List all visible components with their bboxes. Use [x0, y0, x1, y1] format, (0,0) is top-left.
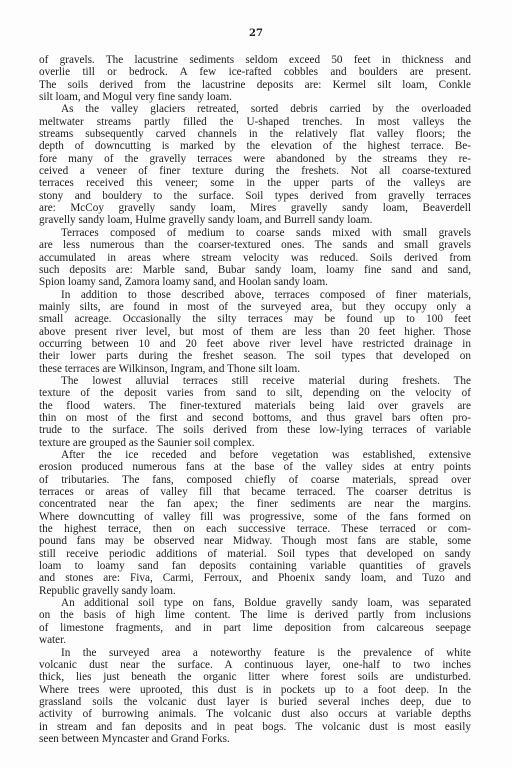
text-line: their lower parts during the freshet sea… — [39, 350, 471, 362]
text-line: erosion produced numerous fans at the ba… — [39, 461, 471, 473]
text-line: gravelly sandy loam, Hulme gravelly sand… — [39, 214, 471, 226]
paragraph: In the surveyed area a noteworthy featur… — [39, 647, 471, 746]
document-page: 27 of gravels. The lacustrine sediments … — [0, 0, 512, 768]
body-text: of gravels. The lacustrine sediments sel… — [39, 54, 471, 745]
text-line: loam to loamy sand fan deposits containi… — [39, 560, 471, 572]
text-line: activity of burrowing animals. The volca… — [39, 708, 471, 720]
text-line: fore many of the gravelly terraces were … — [39, 153, 471, 165]
paragraph: An additional soil type on fans, Boldue … — [39, 597, 471, 646]
text-line: of tributaries. The fans, composed chief… — [39, 474, 471, 486]
paragraph: The lowest alluvial terraces still recei… — [39, 375, 471, 449]
text-line: are less numerous than the coarser-textu… — [39, 239, 471, 251]
text-line: in stream and fan deposits and in peat b… — [39, 721, 471, 733]
text-line: Where downcutting of valley fill was pro… — [39, 511, 471, 523]
text-line: depth of downcutting is marked by the el… — [39, 140, 471, 152]
text-line: texture are grouped as the Saunier soil … — [39, 437, 471, 449]
text-line: and stones are: Fiva, Carmi, Ferroux, an… — [39, 572, 471, 584]
text-line: grassland soils the volcanic dust layer … — [39, 696, 471, 708]
text-line: of gravels. The lacustrine sediments sel… — [39, 54, 471, 66]
text-line: texture of the deposit varies from sand … — [39, 387, 471, 399]
text-line: terraces received this veneer; some in t… — [39, 177, 471, 189]
paragraph: As the valley glaciers retreated, sorted… — [39, 103, 471, 226]
text-line: The lowest alluvial terraces still recei… — [39, 375, 471, 387]
text-line: accumulated in areas where stream veloci… — [39, 252, 471, 264]
text-line: stony and bouldery to the surface. Soil … — [39, 190, 471, 202]
paragraph: In addition to those described above, te… — [39, 289, 471, 375]
text-line: Republic gravelly sandy loam. — [39, 585, 471, 597]
text-line: on the basis of high lime content. The l… — [39, 609, 471, 621]
text-line: these terraces are Wilkinson, Ingram, an… — [39, 363, 471, 375]
text-line: overlie till or bedrock. A few ice-rafte… — [39, 66, 471, 78]
text-line: are: McCoy gravelly sandy loam, Mires gr… — [39, 202, 471, 214]
text-line: thick, lies just beneath the organic lit… — [39, 671, 471, 683]
text-line: trude to the surface. The soils derived … — [39, 424, 471, 436]
text-line: streams subsequently carved channels in … — [39, 128, 471, 140]
text-line: In the surveyed area a noteworthy featur… — [39, 647, 471, 659]
text-line: Where trees were uprooted, this dust is … — [39, 684, 471, 696]
text-line: Terraces composed of medium to coarse sa… — [39, 227, 471, 239]
text-line: After the ice receded and before vegetat… — [39, 449, 471, 461]
text-line: As the valley glaciers retreated, sorted… — [39, 103, 471, 115]
text-line: The soils derived from the lacustrine de… — [39, 79, 471, 91]
text-line: mainly silts, are found in most of the s… — [39, 301, 471, 313]
paragraph: After the ice receded and before vegetat… — [39, 449, 471, 597]
text-line: thin on most of the first and second bot… — [39, 412, 471, 424]
text-line: meltwater streams partly filled the U-sh… — [39, 116, 471, 128]
text-line: ceived a veneer of finer texture during … — [39, 165, 471, 177]
text-line: In addition to those described above, te… — [39, 289, 471, 301]
text-line: water. — [39, 634, 471, 646]
text-line: volcanic dust near the surface. A contin… — [39, 659, 471, 671]
text-line: silt loam, and Mogul very fine sandy loa… — [39, 91, 471, 103]
paragraph: Terraces composed of medium to coarse sa… — [39, 227, 471, 289]
page-number: 27 — [0, 28, 512, 39]
text-line: still receive periodic additions of mate… — [39, 548, 471, 560]
text-line: the highest terrace, then on each succes… — [39, 523, 471, 535]
text-line: above present river level, but most of t… — [39, 326, 471, 338]
text-line: pound fans may be observed near Midway. … — [39, 535, 471, 547]
text-line: small acreage. Occasionally the silty te… — [39, 313, 471, 325]
text-line: the flood waters. The finer-textured mat… — [39, 400, 471, 412]
text-line: of limestone fragments, and in part lime… — [39, 622, 471, 634]
text-line: An additional soil type on fans, Boldue … — [39, 597, 471, 609]
text-line: terraces or areas of valley fill that be… — [39, 486, 471, 498]
text-line: Spion loamy sand, Zamora loamy sand, and… — [39, 276, 471, 288]
text-line: seen between Myncaster and Grand Forks. — [39, 733, 471, 745]
text-line: concentrated near the fan apex; the fine… — [39, 498, 471, 510]
text-line: occurring between 10 and 20 feet above r… — [39, 338, 471, 350]
paragraph: of gravels. The lacustrine sediments sel… — [39, 54, 471, 103]
text-line: such deposits are: Marble sand, Bubar sa… — [39, 264, 471, 276]
